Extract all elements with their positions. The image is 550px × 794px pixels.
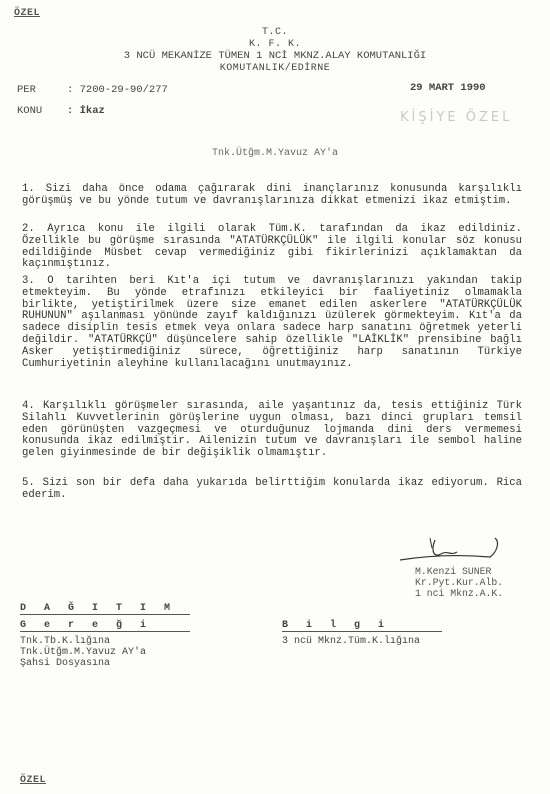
subject-label: KONU [17, 105, 42, 117]
info-recipients-list: 3 ncü Mknz.Tüm.K.lığına [282, 636, 420, 647]
paragraph-1: 1. Sizi daha önce odama çağırarak dini i… [22, 184, 522, 208]
action-recipients-list: Tnk.Tb.K.lığına Tnk.Ütğm.M.Yavuz AY'a Şa… [20, 636, 146, 669]
action-recipients-title: G e r e ğ i [20, 620, 190, 632]
paragraph-3: 3. O tarihten beri Kıt'a içi tutum ve da… [22, 276, 522, 370]
signer-unit: 1 nci Mknz.A.K. [415, 589, 503, 600]
header-line-2: K. F. K. [0, 39, 550, 50]
paragraph-5: 5. Sizi son bir defa daha yukarıda belir… [22, 478, 522, 502]
subject-value: : İkaz [67, 105, 105, 117]
document-date: 29 MART 1990 [410, 82, 486, 94]
confidential-stamp: KİŞİYE ÖZEL [400, 110, 512, 125]
ref-label: PER [17, 84, 36, 96]
ref-number: : 7200-29-90/277 [67, 84, 168, 96]
paragraph-2: 2. Ayrıca konu ile ilgili olarak Tüm.K. … [22, 224, 522, 271]
header-location: KOMUTANLIK/EDİRNE [0, 63, 550, 74]
signer-name: M.Kenzi SUNER [415, 567, 491, 578]
classification-mark-bottom: ÖZEL [20, 775, 46, 786]
distribution-title: D A Ğ I T I M [20, 603, 190, 615]
info-recipients-title: B i l g i [282, 620, 442, 632]
header-unit: 3 NCÜ MEKANİZE TÜMEN 1 NCİ MKNZ.ALAY KOM… [0, 51, 550, 62]
classification-mark-top: ÖZEL [14, 8, 40, 19]
header-line-1: T.C. [0, 27, 550, 38]
signer-rank: Kr.Pyt.Kur.Alb. [415, 578, 503, 589]
paragraph-4: 4. Karşılıklı görüşmeler sırasında, aile… [22, 401, 522, 460]
signature-scribble [395, 530, 515, 565]
addressee: Tnk.Ütğm.M.Yavuz AY'a [0, 148, 550, 159]
